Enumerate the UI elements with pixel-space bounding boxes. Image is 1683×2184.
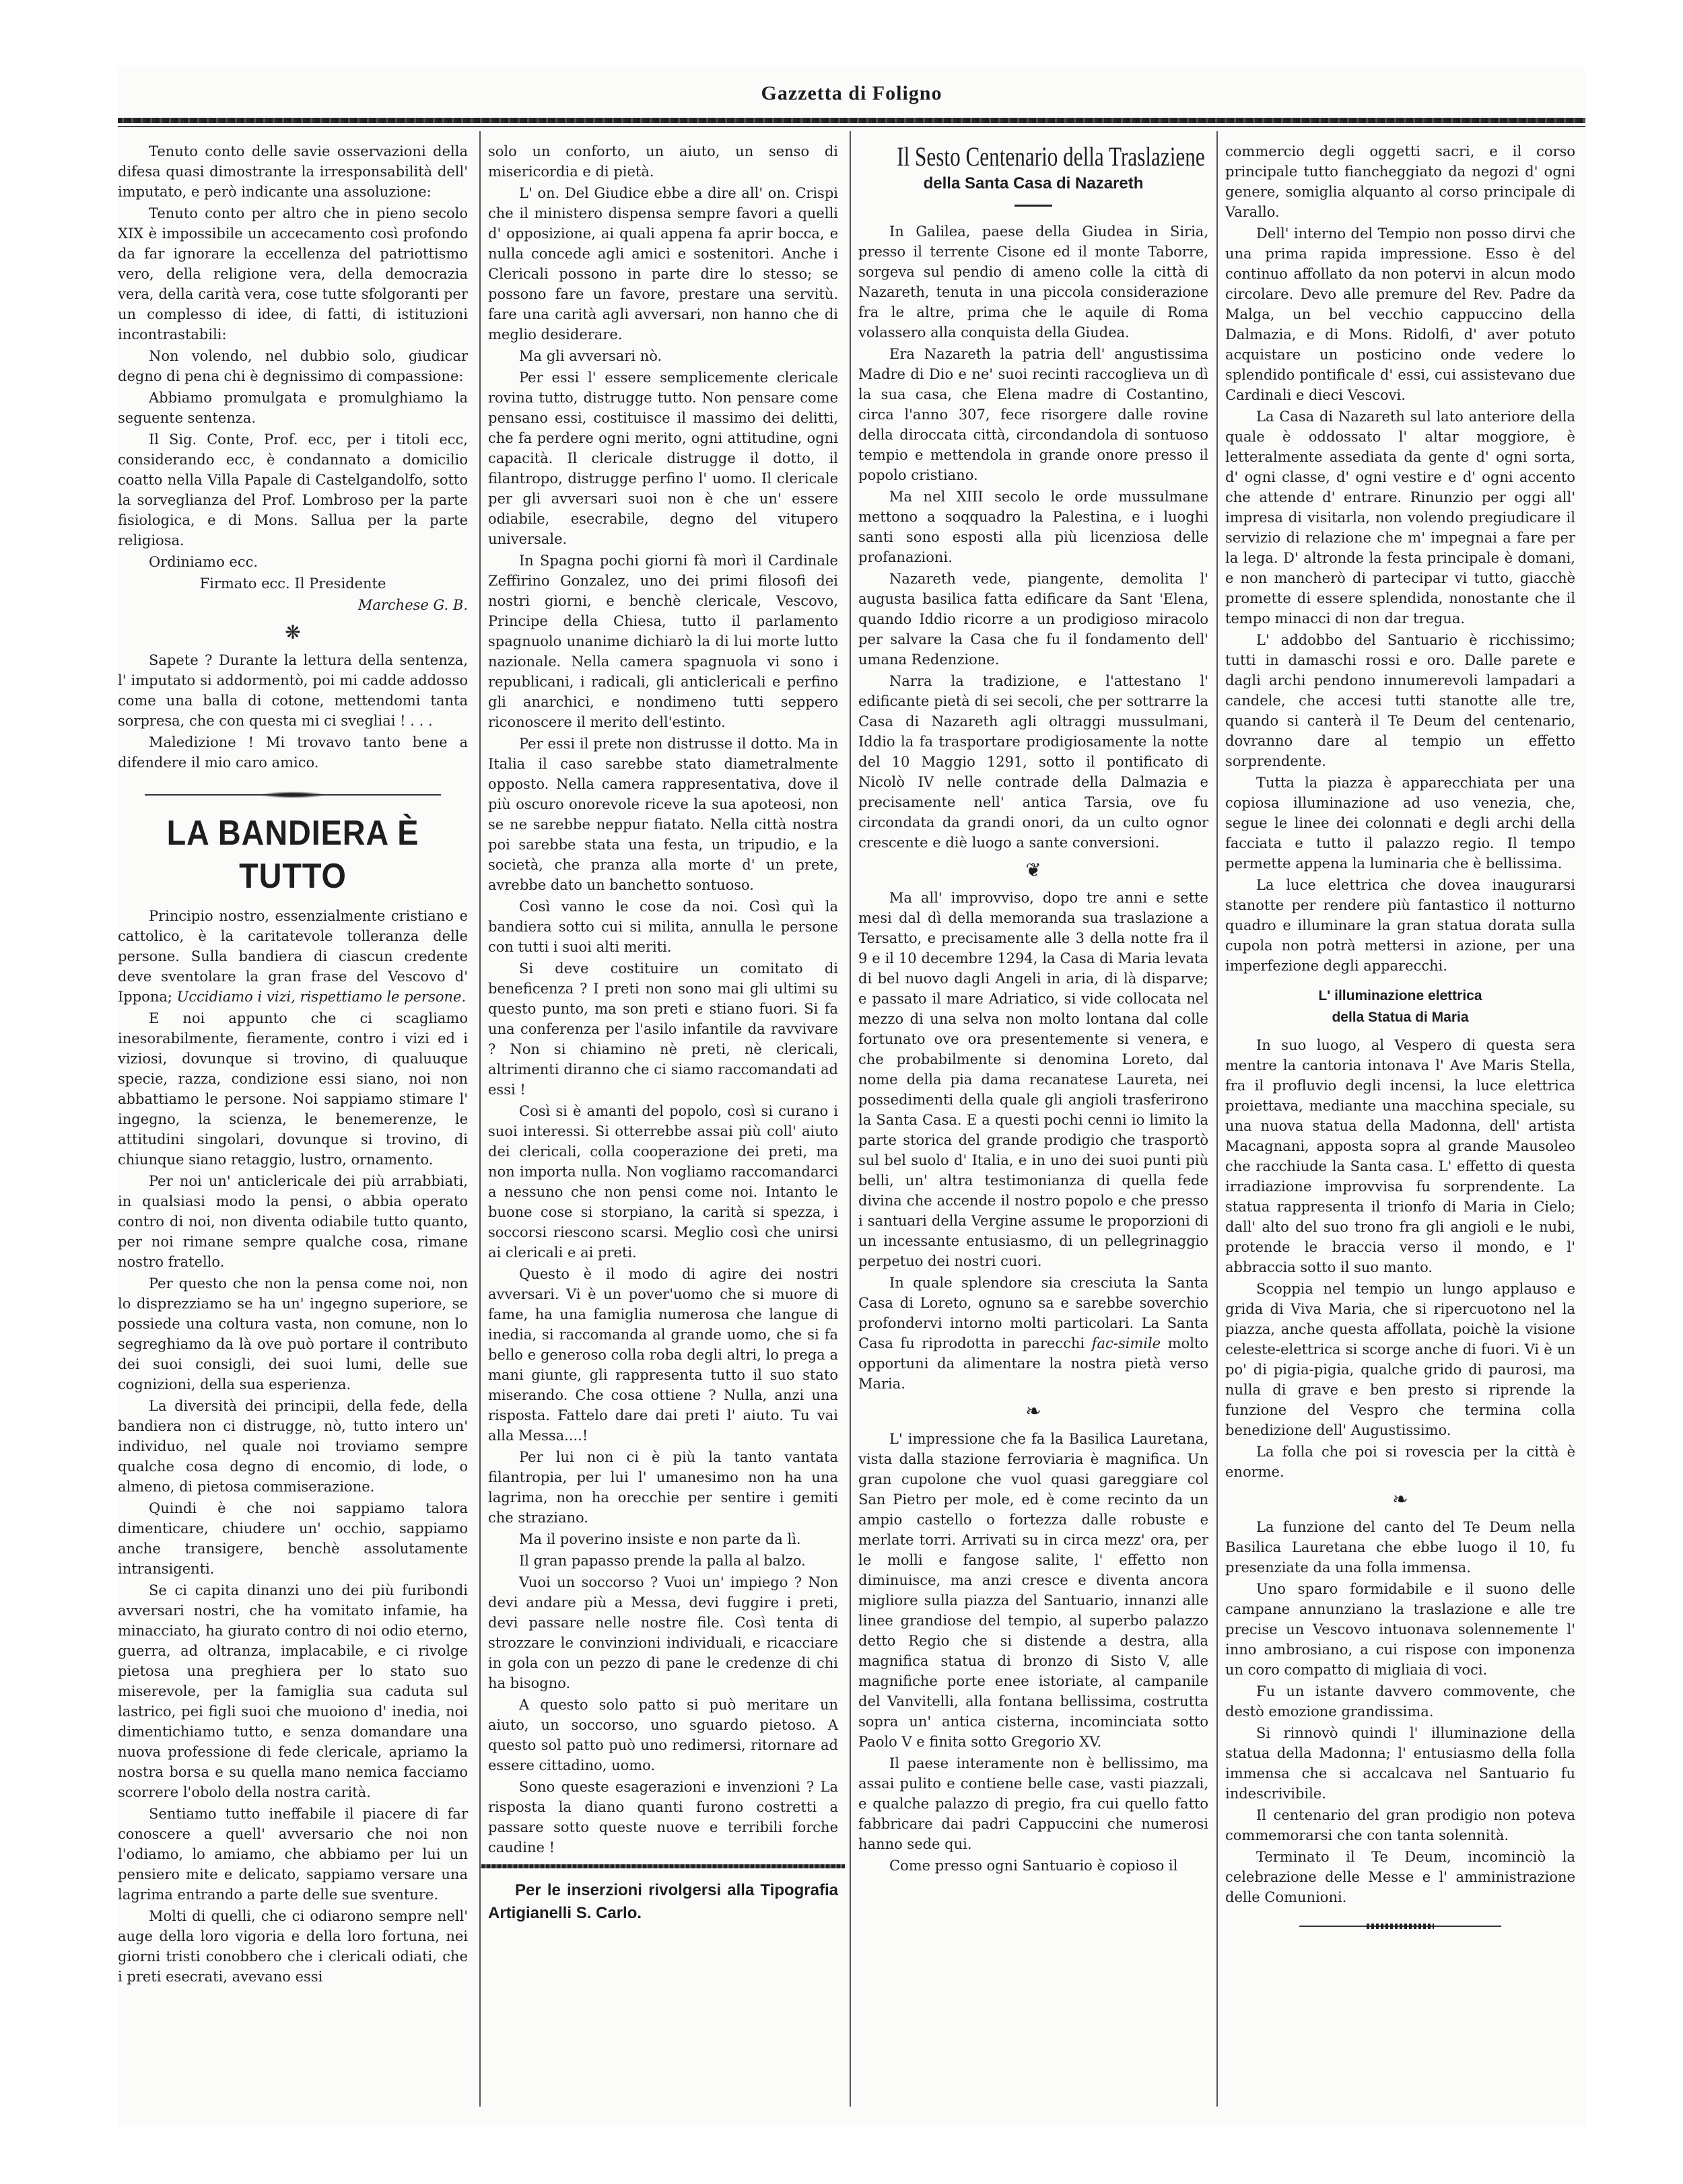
paragraph: Il gran papasso prende la palla al balzo… [488,1551,838,1571]
flourish-divider-icon [145,791,441,798]
paragraph: Sapete ? Durante la lettura della senten… [118,650,468,731]
paragraph: Ma gli avversari nò. [488,346,838,366]
newspaper-title: Gazzetta di Foligno [118,82,1585,105]
paragraph: Il Sig. Conte, Prof. ecc, per i titoli e… [118,429,468,551]
paragraph: Scoppia nel tempio un lungo applauso e g… [1225,1279,1575,1440]
section-subheading: L' illuminazione elettrica [1225,985,1575,1007]
paragraph: Per questo che non la pensa come noi, no… [118,1273,468,1395]
paragraph: La luce elettrica che dovea inaugurarsi … [1225,875,1575,976]
masthead-rule-thick [118,118,1585,123]
paragraph: Il paese interamente non è bellissimo, m… [858,1753,1208,1854]
paragraph: Così vanno le cose da noi. Così quì la b… [488,896,838,957]
paragraph: Se ci capita dinanzi uno dei più furibon… [118,1580,468,1802]
advertisement-rule [481,1864,845,1868]
end-flourish-divider [1299,1924,1501,1929]
paragraph: Per essi il prete non distrusse il dotto… [488,734,838,895]
paragraph: La diversità dei principii, della fede, … [118,1396,468,1497]
column-divider [850,131,851,2107]
paragraph: Vuoi un soccorso ? Vuoi un' impiego ? No… [488,1572,838,1693]
paragraph: Ma all' improvviso, dopo tre anni e sett… [858,888,1208,1271]
paragraph: Per noi un' anticlericale dei più arrabb… [118,1171,468,1272]
paragraph: Come presso ogni Santuario è copioso il [858,1856,1208,1876]
paragraph: Maledizione ! Mi trovavo tanto bene a di… [118,732,468,773]
paragraph: Tenuto conto per altro che in pieno seco… [118,203,468,345]
paragraph: L' on. Del Giudice ebbe a dire all' on. … [488,183,838,345]
paragraph: commercio degli oggetti sacri, e il cors… [1225,141,1575,222]
paragraph: Ma il poverino insiste e non parte da lì… [488,1529,838,1549]
paragraph: Per essi l' essere semplicemente clerica… [488,367,838,549]
paragraph: La funzione del canto del Te Deum nella … [1225,1517,1575,1578]
section-subheading: della Statua di Maria [1225,1007,1575,1028]
paragraph: Molti di quelli, che ci odiarono sempre … [118,1906,468,1987]
short-rule-divider [1015,205,1052,207]
paragraph: E noi appunto che ci scagliamo inesorabi… [118,1008,468,1170]
paragraph: Quindi è che noi sappiamo talora dimenti… [118,1498,468,1579]
paragraph: Il centenario del gran prodigio non pote… [1225,1805,1575,1845]
paragraph: Narra la tradizione, e l'attestano l' ed… [858,671,1208,853]
signature-name: Marchese G. B. [118,595,468,615]
paragraph: Sentiamo tutto ineffabile il piacere di … [118,1804,468,1905]
article-headline: LA BANDIERA È TUTTO [135,812,450,898]
paragraph: Terminato il Te Deum, incominciò la cele… [1225,1847,1575,1907]
paragraph: La folla che poi si rovescia per la citt… [1225,1442,1575,1482]
asterism-ornament-icon: ❋ [118,619,468,646]
paragraph: Era Nazareth la patria dell' angustissim… [858,344,1208,485]
column-divider [479,131,481,2107]
column-divider [1216,131,1218,2107]
column-4: commercio degli oggetti sacri, e il cors… [1225,141,1575,1929]
advertisement-text: Per le inserzioni rivolgersi alla Tipogr… [488,1881,838,1922]
column-3: Il Sesto Centenario della Traslaziene de… [858,141,1208,1877]
paragraph: Per lui non ci è più la tanto vantata fi… [488,1447,838,1528]
paragraph: Questo è il modo di agire dei nostri avv… [488,1264,838,1446]
paragraph: solo un conforto, un aiuto, un senso di … [488,141,838,182]
advertisement-box: Per le inserzioni rivolgersi alla Tipogr… [488,1879,838,1925]
paragraph: L' impressione che fa la Basilica Lauret… [858,1429,1208,1752]
column-1: Tenuto conto delle savie osservazioni de… [118,141,468,1988]
paragraph: Dell' interno del Tempio non posso dirvi… [1225,223,1575,405]
paragraph: In Spagna pochi giorni fà morì il Cardin… [488,551,838,732]
paragraph: Nazareth vede, piangente, demolita l' au… [858,569,1208,670]
article-headline: Il Sesto Centenario della Traslaziene [897,141,1170,172]
floral-ornament-icon: ❦ [858,857,1208,884]
paragraph: Abbiamo promulgata e promulghiamo la seg… [118,388,468,428]
paragraph: Ordiniamo ecc. [118,552,468,572]
paragraph: L' addobbo del Santuario è ricchissimo; … [1225,630,1575,771]
paragraph: Principio nostro, essenzialmente cristia… [118,906,468,1007]
quote-italic: Uccidiamo i vizi, rispettiamo le persone… [177,989,466,1005]
fleuron-ornament-icon: ❧ [1225,1486,1575,1513]
paragraph: A questo solo patto si può meritare un a… [488,1695,838,1775]
paragraph: In Galilea, paese della Giudea in Siria,… [858,221,1208,343]
paragraph: Si rinnovò quindi l' illuminazione della… [1225,1723,1575,1804]
paragraph: Tenuto conto delle savie osservazioni de… [118,141,468,202]
paragraph: Fu un istante davvero commovente, che de… [1225,1681,1575,1722]
paragraph: Non volendo, nel dubbio solo, giudicar d… [118,346,468,386]
paragraph: In quale splendore sia cresciuta la Sant… [858,1273,1208,1394]
paragraph: Tutta la piazza è apparecchiata per una … [1225,773,1575,874]
article-subheadline: della Santa Casa di Nazareth [858,172,1208,195]
fleuron-ornament-icon: ❧ [858,1398,1208,1425]
newspaper-page: Gazzetta di Foligno Tenuto conto delle s… [118,67,1585,2127]
paragraph: Sono queste esagerazioni e invenzioni ? … [488,1777,838,1858]
paragraph: Si deve costituire un comitato di benefi… [488,958,838,1100]
column-2: solo un conforto, un aiuto, un senso di … [488,141,838,1925]
paragraph: In suo luogo, al Vespero di questa sera … [1225,1035,1575,1277]
paragraph: Uno sparo formidabile e il suono delle c… [1225,1579,1575,1680]
masthead: Gazzetta di Foligno [118,67,1585,124]
paragraph: Ma nel XIII secolo le orde mussulmane me… [858,487,1208,567]
paragraph: Così si è amanti del popolo, così si cur… [488,1101,838,1263]
masthead-rule-thin [118,126,1585,127]
signed-line: Firmato ecc. Il Presidente [118,573,468,594]
paragraph: La Casa di Nazareth sul lato anteriore d… [1225,407,1575,629]
